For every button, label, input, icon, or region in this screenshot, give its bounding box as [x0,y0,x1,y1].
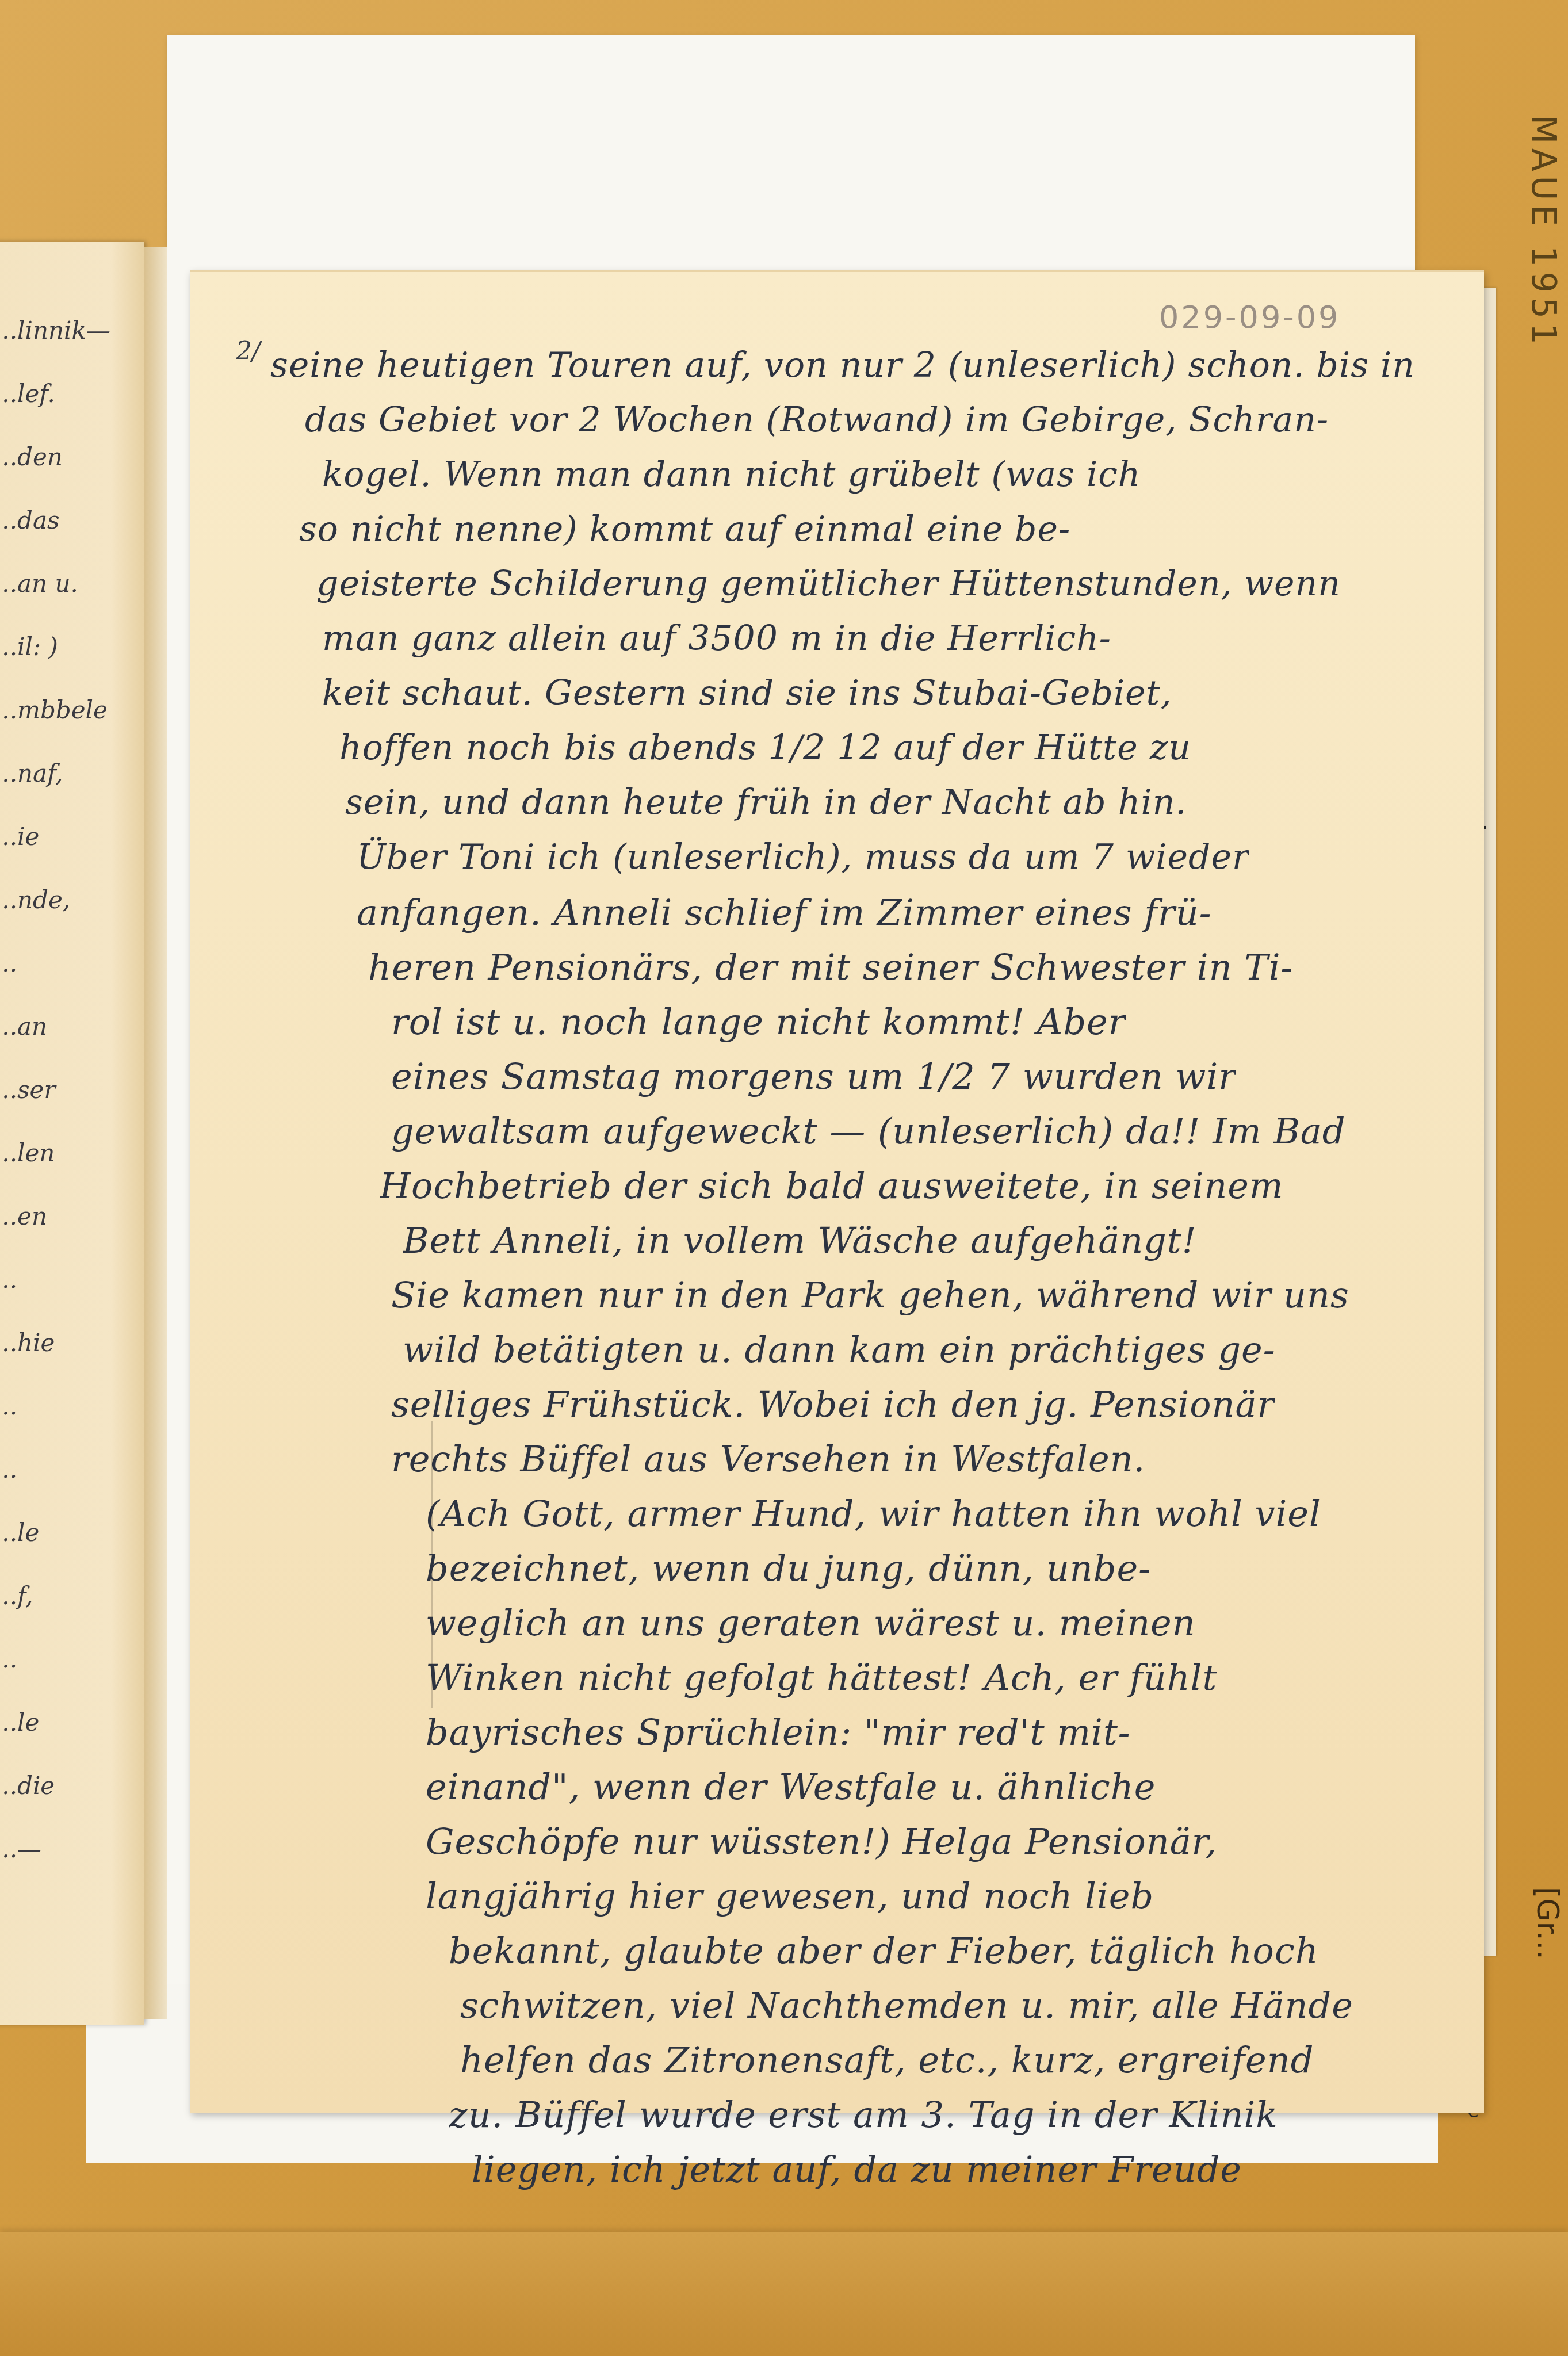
handwritten-line: bekannt, glaubte aber der Fieber, täglic… [449,1930,1319,1972]
archive-number: 029-09-09 [1159,299,1340,335]
left-page-fragment: ...en [0,1202,47,1230]
handwritten-line: Winken nicht gefolgt hättest! Ach, er fü… [426,1657,1217,1699]
handwritten-line: so nicht nenne) kommt auf einmal eine be… [299,509,1070,549]
handwritten-line: liegen, ich jetzt auf, da zu meiner Freu… [472,2148,1242,2190]
folder-side-label-bottom: [Gr... [1530,1887,1565,1960]
handwritten-line: Sie kamen nur in den Park gehen, während… [391,1274,1349,1316]
handwritten-line: eines Samstag morgens um 1/2 7 wurden wi… [391,1055,1236,1097]
handwritten-line: hoffen noch bis abends 1/2 12 auf der Hü… [339,728,1191,768]
left-page-fragment: ...f, [0,1582,33,1610]
left-page-fragment: ... [0,1265,17,1294]
handwritten-line: rechts Büffel aus Versehen in Westfalen. [391,1438,1145,1480]
handwritten-line: gewaltsam aufgeweckt — (unleserlich) da!… [391,1110,1345,1152]
handwritten-line: Hochbetrieb der sich bald ausweitete, in… [380,1165,1284,1207]
handwritten-line: wild betätigten u. dann kam ein prächtig… [403,1329,1276,1371]
left-page-fragment: ...mbbele [0,696,108,724]
handwritten-line: seine heutigen Touren auf, von nur 2 (un… [270,345,1415,385]
handwritten-line: weglich an uns geraten wärest u. meinen [426,1602,1196,1644]
left-page-fragment: ...nde, [0,886,70,914]
left-page-fragment: ...die [0,1772,55,1800]
handwritten-line: man ganz allein auf 3500 m in die Herrli… [322,618,1111,659]
left-page-fragment: ...an u. [0,569,78,598]
left-page-fragment: ...hie [0,1329,55,1357]
left-page-fragment: ...ser [0,1076,56,1104]
left-page-fragment: ... [0,1392,17,1420]
handwritten-line: Bett Anneli, in vollem Wäsche aufgehängt… [403,1219,1197,1261]
folder-bottom-flap [0,2232,1568,2356]
handwritten-line: bayrisches Sprüchlein: "mir red't mit- [426,1711,1131,1753]
handwritten-line: bezeichnet, wenn du jung, dünn, unbe- [426,1547,1151,1589]
handwritten-line: kogel. Wenn man dann nicht grübelt (was … [322,454,1141,495]
left-page-fragment: ...lef. [0,380,55,408]
handwritten-line: zu. Büffel wurde erst am 3. Tag in der K… [449,2094,1278,2136]
left-page-fragment: ...naf, [0,759,63,787]
handwritten-line: einand", wenn der Westfale u. ähnliche [426,1766,1156,1808]
handwritten-line: schwitzen, viel Nachthemden u. mir, alle… [460,1984,1353,2026]
folder-side-label: MAUE 1951 [1524,115,1563,349]
handwritten-line: geisterte Schilderung gemütlicher Hütten… [316,564,1341,604]
left-page-fragment: ...le [0,1519,39,1547]
left-page-fragment: ...ie [0,823,39,851]
handwritten-line: keit schaut. Gestern sind sie ins Stubai… [322,673,1172,713]
left-page-stack-edge [144,247,167,2019]
handwritten-line: anfangen. Anneli schlief im Zimmer eines… [357,892,1212,934]
left-page-fragment: ...— [0,1835,41,1863]
handwritten-line: sein, und dann heute früh in der Nacht a… [345,782,1187,823]
page-number-marker: 2/ [236,336,261,366]
handwritten-line: heren Pensionärs, der mit seiner Schwest… [368,946,1293,988]
left-page-fragment: ... [0,1455,17,1483]
left-page-fragment: ...linnik— [0,316,110,345]
left-page-fragment: ...le [0,1708,39,1737]
handwritten-line: langjährig hier gewesen, und noch lieb [426,1875,1154,1917]
left-page-fragment: ...an [0,1012,47,1041]
handwritten-line: Geschöpfe nur wüssten!) Helga Pensionär, [426,1820,1217,1862]
handwritten-line: selliges Frühstück. Wobei ich den jg. Pe… [391,1383,1275,1425]
left-page-fragment: ...das [0,506,60,534]
handwritten-line: das Gebiet vor 2 Wochen (Rotwand) im Geb… [305,400,1329,440]
handwritten-line: helfen das Zitronensaft, etc., kurz, erg… [460,2039,1314,2081]
left-page-fragment: ... [0,1645,17,1673]
handwritten-line: Über Toni ich (unleserlich), muss da um … [357,837,1249,877]
left-page-fragment: ...il: ) [0,633,58,661]
left-letter-page: ...linnik—...lef....den...das...an u....… [0,242,144,2025]
handwritten-line: rol ist u. noch lange nicht kommt! Aber [391,1001,1126,1043]
left-page-fragment: ...len [0,1139,55,1167]
left-page-fragment: ... [0,949,17,977]
left-page-fragment: ...den [0,443,63,471]
handwritten-line: (Ach Gott, armer Hund, wir hatten ihn wo… [426,1493,1321,1535]
